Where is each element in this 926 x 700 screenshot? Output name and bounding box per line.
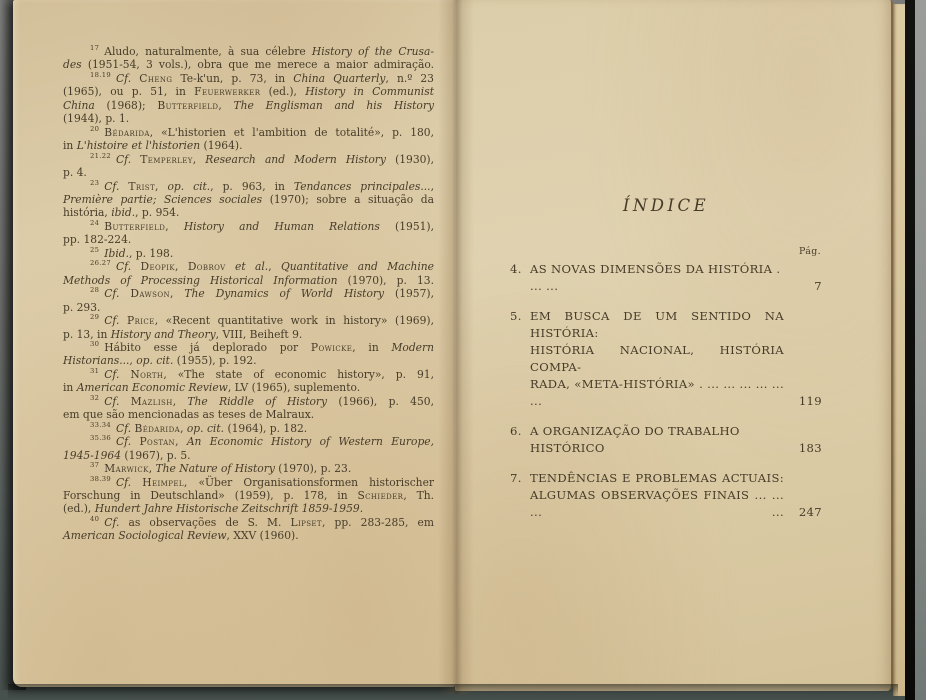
footnote-line: 32Cf. Mazlish, The Riddle of History (19… [63, 395, 434, 408]
footnote-line: 31Cf. North, «The state of economic hist… [63, 368, 434, 381]
toc-page-number: 183 [792, 440, 822, 457]
footnote-line: 1945-1964 (1967), p. 5. [63, 449, 434, 462]
footnote-line: in L'histoire et l'historien (1964). [63, 139, 434, 152]
toc-entry-text: TENDÊNCIAS E PROBLEMAS ACTUAIS:ALGUMAS O… [530, 470, 792, 521]
footnote-line: 23Cf. Trist, op. cit., p. 963, in Tendan… [63, 180, 434, 193]
toc-entry-number: 5. [510, 308, 530, 410]
footnote-line: 33.34Cf. Bédarida, op. cit. (1964), p. 1… [63, 422, 434, 435]
toc-entry-number: 6. [510, 423, 530, 457]
footnote-line: (1944), p. 1. [63, 112, 434, 125]
footnote-line: 38.39Cf. Heimpel, «Über Organisationsfor… [63, 476, 434, 489]
footnote-line: 29Cf. Price, «Recent quantitative work i… [63, 314, 434, 327]
footnote-line: p. 4. [63, 166, 434, 179]
index-title: ÍNDICE [510, 196, 822, 215]
footnote-line: 40Cf. as observações de S. M. Lipset, pp… [63, 516, 434, 529]
toc-entries: 4.AS NOVAS DIMENSÕES DA HISTÓRIA . ... .… [510, 261, 822, 521]
footnotes: 17Aludo, naturalmente, à sua célebre His… [63, 45, 434, 543]
footnote-line: 18.19Cf. Cheng Te-k'un, p. 73, in China … [63, 72, 434, 85]
toc-entry-text: A ORGANIZAÇÃO DO TRABALHO HISTÓRICO [530, 423, 792, 457]
footnote-line: 21.22Cf. Temperley, Research and Modern … [63, 153, 434, 166]
footnote-line: p. 293. [63, 301, 434, 314]
toc-entry: 7.TENDÊNCIAS E PROBLEMAS ACTUAIS:ALGUMAS… [510, 470, 822, 521]
footnote-line: 20Bédarida, «L'historien et l'ambition d… [63, 126, 434, 139]
footnote-line: 30Hábito esse já deplorado por Powicke, … [63, 341, 434, 354]
page-stack-fore-edge [893, 4, 905, 696]
footnote-line: 26.27Cf. Deopik, Dobrov et al., Quantita… [63, 260, 434, 273]
footnote-line: 28Cf. Dawson, The Dynamics of World Hist… [63, 287, 434, 300]
footnote-line: 25Ibid., p. 198. [63, 247, 434, 260]
footnote-line: história, ibid., p. 954. [63, 206, 434, 219]
footnote-line: Première partie; Sciences sociales (1970… [63, 193, 434, 206]
toc-page-number: 247 [792, 504, 822, 521]
footnote-line: 35.36Cf. Postan, An Economic History of … [63, 435, 434, 448]
toc-page-number: 7 [792, 278, 822, 295]
footnote-line: China (1968); Butterfield, The Englisman… [63, 99, 434, 112]
book-cover-edge [905, 0, 915, 700]
right-page: ÍNDICE Pág. 4.AS NOVAS DIMENSÕES DA HIST… [455, 0, 893, 691]
footnote-line: (1965), ou p. 51, in Feuerwerker (ed.), … [63, 85, 434, 98]
toc-entry: 4.AS NOVAS DIMENSÕES DA HISTÓRIA . ... .… [510, 261, 822, 295]
footnote-line: (ed.), Hundert Jahre Historische Zeitsch… [63, 502, 434, 515]
footnote-line: Forschung in Deutschland» (1959), p. 178… [63, 489, 434, 502]
toc-entry-text: AS NOVAS DIMENSÕES DA HISTÓRIA . ... ... [530, 261, 792, 295]
toc-page-number: 119 [792, 393, 822, 410]
footnote-line: 24Butterfield, History and Human Relatio… [63, 220, 434, 233]
left-page: 17Aludo, naturalmente, à sua célebre His… [13, 0, 455, 687]
footnote-line: American Sociological Review, XXV (1960)… [63, 529, 434, 542]
footnote-line: Methods of Processing Historical Informa… [63, 274, 434, 287]
footnote-line: des (1951-54, 3 vols.), obra que me mere… [63, 58, 434, 71]
book-bottom-shadow [8, 684, 898, 700]
footnote-line: pp. 182-224. [63, 233, 434, 246]
toc-entry-text: EM BUSCA DE UM SENTIDO NA HISTÓRIA:HISTÓ… [530, 308, 792, 410]
footnote-line: p. 13, in History and Theory, VIII, Beih… [63, 328, 434, 341]
toc-entry-number: 7. [510, 470, 530, 521]
page-column-label: Pág. [510, 246, 822, 257]
right-background [915, 0, 926, 700]
table-of-contents: ÍNDICE Pág. 4.AS NOVAS DIMENSÕES DA HIST… [510, 196, 822, 534]
footnote-line: em que são mencionadas as teses de Malra… [63, 408, 434, 421]
toc-entry-number: 4. [510, 261, 530, 295]
footnote-line: 17Aludo, naturalmente, à sua célebre His… [63, 45, 434, 58]
footnote-line: Historians..., op. cit. (1955), p. 192. [63, 354, 434, 367]
footnote-line: in American Economic Review, LV (1965), … [63, 381, 434, 394]
footnote-line: 37Marwick, The Nature of History (1970),… [63, 462, 434, 475]
toc-entry: 5.EM BUSCA DE UM SENTIDO NA HISTÓRIA:HIS… [510, 308, 822, 410]
toc-entry: 6.A ORGANIZAÇÃO DO TRABALHO HISTÓRICO183 [510, 423, 822, 457]
